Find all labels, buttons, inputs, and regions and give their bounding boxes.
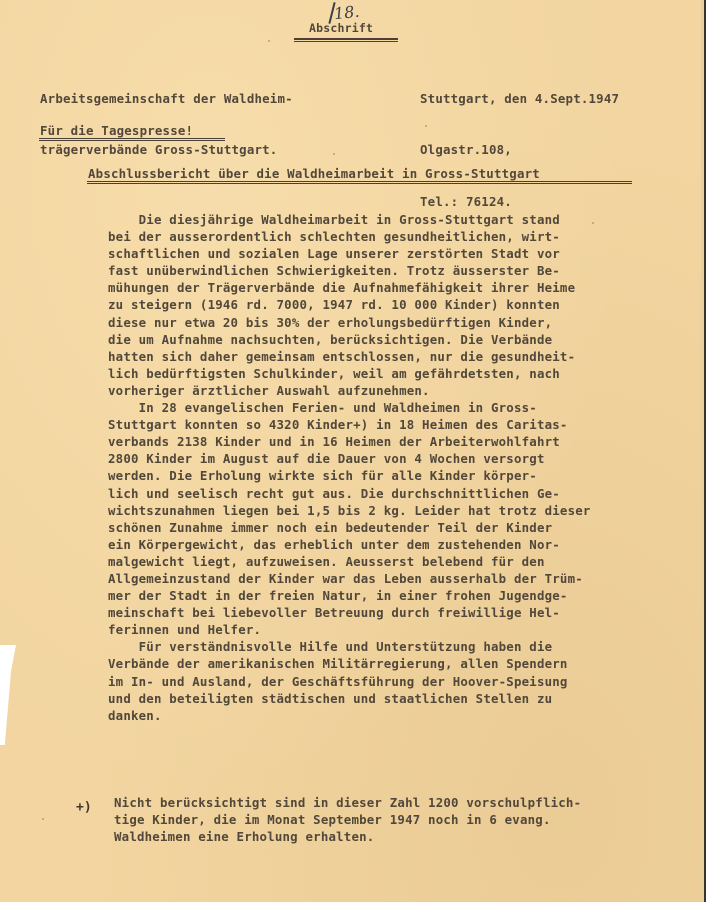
body-line: lich bedürftigsten Schulkinder, weil am … bbox=[108, 365, 591, 382]
body-line: die um Aufnahme nachsuchten, berücksicht… bbox=[108, 331, 591, 348]
body-line: wichtszunahmen liegen bei 1,5 bis 2 kg. … bbox=[108, 502, 591, 519]
body-line: bei der ausserordentlich schlechten gesu… bbox=[108, 228, 591, 245]
page-border bbox=[701, 0, 708, 902]
document-title: Abschlussbericht über die Waldheimarbeit… bbox=[88, 165, 540, 182]
sender-line: trägerverbände Gross-Stuttgart. bbox=[40, 141, 293, 158]
body-line: In 28 evangelischen Ferien- und Waldheim… bbox=[108, 399, 591, 416]
body-line: malgewicht liegt, aufzuweisen. Aeusserst… bbox=[108, 553, 591, 570]
sender-block: Arbeitsgemeinschaft der Waldheim- träger… bbox=[40, 56, 293, 176]
body-line: schaftlichen und sozialen Lage unserer z… bbox=[108, 245, 591, 262]
footnote-line: Nicht berücksichtigt sind in dieser Zahl… bbox=[114, 794, 581, 811]
body-line: schönen Zunahme immer noch ein bedeutend… bbox=[108, 519, 591, 536]
body-line: danken. bbox=[108, 707, 591, 724]
body-line: ein Körpergewicht, das erheblich unter d… bbox=[108, 536, 591, 553]
place-date-line: Stuttgart, den 4.Sept.1947 bbox=[420, 90, 619, 107]
sender-line: Arbeitsgemeinschaft der Waldheim- bbox=[40, 90, 293, 107]
body-line: mühungen der Trägerverbände die Aufnahme… bbox=[108, 279, 591, 296]
title-underline bbox=[87, 181, 632, 184]
body-line: Verbände der amerikanischen Militärregie… bbox=[108, 655, 591, 672]
body-line: 2800 Kinder im August auf die Dauer von … bbox=[108, 450, 591, 467]
body-line: lich und seelisch recht gut aus. Die dur… bbox=[108, 485, 591, 502]
body-line: Allgemeinzustand der Kinder war das Lebe… bbox=[108, 570, 591, 587]
footnote-line: tige Kinder, die im Monat September 1947… bbox=[114, 811, 581, 828]
body-line: meinschaft bei liebevoller Betreuung dur… bbox=[108, 604, 591, 621]
footnote-marker: +) bbox=[76, 800, 92, 815]
address-line: Olgastr.108, bbox=[420, 141, 619, 158]
body-line: ferinnen und Helfer. bbox=[108, 621, 591, 638]
stamp-underline bbox=[294, 38, 398, 42]
body-line: verbands 2138 Kinder und in 16 Heimen de… bbox=[108, 433, 591, 450]
footnote-text: Nicht berücksichtigt sind in dieser Zahl… bbox=[114, 794, 581, 845]
body-line: diese nur etwa 20 bis 30% der erholungsb… bbox=[108, 314, 591, 331]
stamp-abschrift: Abschrift bbox=[309, 20, 373, 37]
body-line: Für verständnisvolle Hilfe und Unterstüt… bbox=[108, 638, 591, 655]
footnote-line: Waldheimen eine Erholung erhalten. bbox=[114, 828, 581, 845]
body-line: Die diesjährige Waldheimarbeit in Gross-… bbox=[108, 211, 591, 228]
body-line: Stuttgart konnten so 4320 Kinder+) in 18… bbox=[108, 416, 591, 433]
body-line: werden. Die Erholung wirkte sich für all… bbox=[108, 467, 591, 484]
body-line: vorheriger ärztlicher Auswahl aufzunehme… bbox=[108, 382, 591, 399]
body-line: und den beteiligten städtischen und staa… bbox=[108, 690, 591, 707]
press-note: Für die Tagespresse! bbox=[40, 122, 193, 139]
body-line: hatten sich daher gemeinsam entschlossen… bbox=[108, 348, 591, 365]
body-line: mer der Stadt in der freien Natur, in ei… bbox=[108, 587, 591, 604]
phone-line: Tel.: 76124. bbox=[420, 193, 619, 210]
body-line: im In- und Ausland, der Geschäftsführung… bbox=[108, 673, 591, 690]
body-line: zu steigern (1946 rd. 7000, 1947 rd. 10 … bbox=[108, 296, 591, 313]
body-text: Die diesjährige Waldheimarbeit in Gross-… bbox=[108, 211, 591, 724]
place-date-block: Stuttgart, den 4.Sept.1947 Olgastr.108, … bbox=[420, 56, 619, 227]
body-line: fast unüberwindlichen Schwierigkeiten. T… bbox=[108, 262, 591, 279]
press-note-underline bbox=[39, 138, 225, 141]
